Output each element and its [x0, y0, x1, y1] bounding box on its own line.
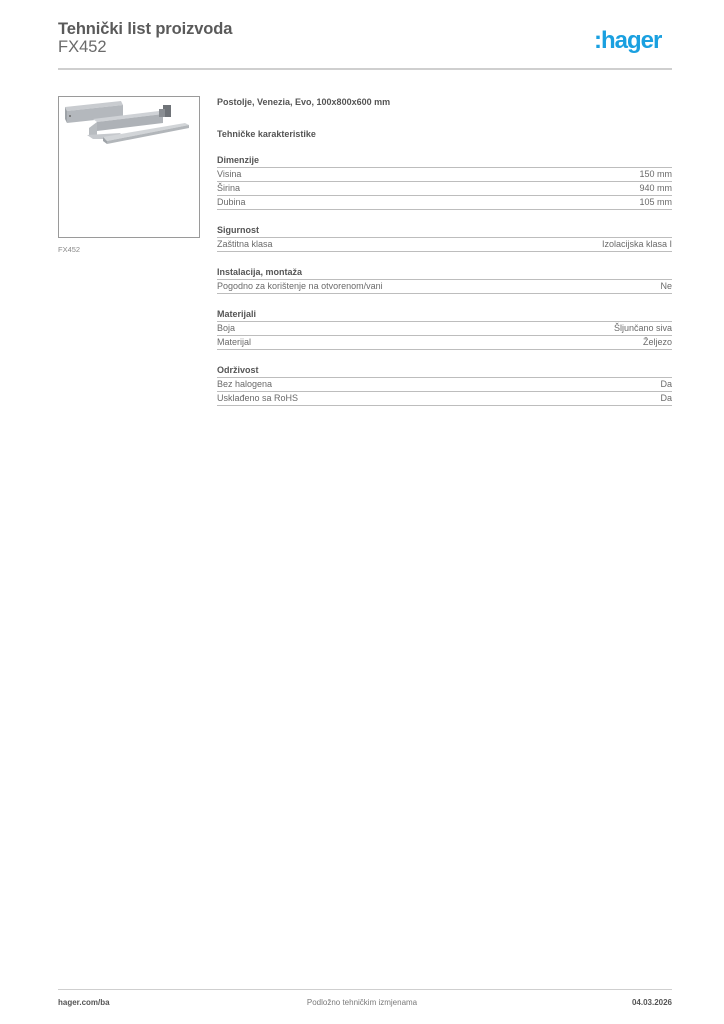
spec-row: Dubina105 mm [217, 196, 672, 210]
spec-value: Da [660, 392, 672, 405]
spec-group-title: Dimenzije [217, 154, 672, 168]
section-heading: Tehničke karakteristike [217, 128, 672, 140]
spec-label: Širina [217, 182, 240, 195]
spec-group-title: Instalacija, montaža [217, 266, 672, 280]
spec-groups: DimenzijeVisina150 mmŠirina940 mmDubina1… [217, 154, 672, 406]
spec-row: MaterijalŽeljezo [217, 336, 672, 350]
spec-group: MaterijaliBojaŠljunčano sivaMaterijalŽel… [217, 308, 672, 350]
spec-group-title: Materijali [217, 308, 672, 322]
product-code: FX452 [58, 38, 107, 57]
hager-logo: :hager [594, 27, 661, 55]
spec-group: DimenzijeVisina150 mmŠirina940 mmDubina1… [217, 154, 672, 210]
spec-value: Da [660, 378, 672, 391]
product-image [58, 96, 200, 238]
specifications: Postolje, Venezia, Evo, 100x800x600 mm T… [217, 96, 672, 406]
spec-row: Bez halogenaDa [217, 378, 672, 392]
spec-group: Instalacija, montažaPogodno za korištenj… [217, 266, 672, 294]
footer-date: 04.03.2026 [632, 998, 672, 1007]
spec-value: 150 mm [639, 168, 672, 181]
document-title: Tehnički list proizvoda [58, 20, 232, 39]
spec-value: Šljunčano siva [614, 322, 672, 335]
spec-label: Visina [217, 168, 241, 181]
spec-row: Zaštitna klasaIzolacijska klasa I [217, 238, 672, 252]
spec-row: Širina940 mm [217, 182, 672, 196]
spec-row: Pogodno za korištenje na otvorenom/vaniN… [217, 280, 672, 294]
header-divider [58, 68, 672, 70]
spec-value: Željezo [643, 336, 672, 349]
spec-group-title: Sigurnost [217, 224, 672, 238]
footer-notice: Podložno tehničkim izmjenama [0, 998, 724, 1007]
spec-label: Materijal [217, 336, 251, 349]
spec-group: OdrživostBez halogenaDaUsklađeno sa RoHS… [217, 364, 672, 406]
spec-group: SigurnostZaštitna klasaIzolacijska klasa… [217, 224, 672, 252]
spec-label: Dubina [217, 196, 246, 209]
spec-row: Visina150 mm [217, 168, 672, 182]
product-name: Postolje, Venezia, Evo, 100x800x600 mm [217, 96, 672, 108]
spec-value: 105 mm [639, 196, 672, 209]
spec-label: Bez halogena [217, 378, 272, 391]
spec-label: Pogodno za korištenje na otvorenom/vani [217, 280, 383, 293]
spec-row: BojaŠljunčano siva [217, 322, 672, 336]
spec-label: Zaštitna klasa [217, 238, 273, 251]
footer-divider [58, 989, 672, 990]
spec-group-title: Održivost [217, 364, 672, 378]
spec-value: Izolacijska klasa I [602, 238, 672, 251]
spec-value: Ne [660, 280, 672, 293]
image-caption: FX452 [58, 245, 80, 254]
spec-label: Boja [217, 322, 235, 335]
product-illustration-icon [59, 97, 199, 237]
spec-row: Usklađeno sa RoHSDa [217, 392, 672, 406]
spec-label: Usklađeno sa RoHS [217, 392, 298, 405]
spec-value: 940 mm [639, 182, 672, 195]
